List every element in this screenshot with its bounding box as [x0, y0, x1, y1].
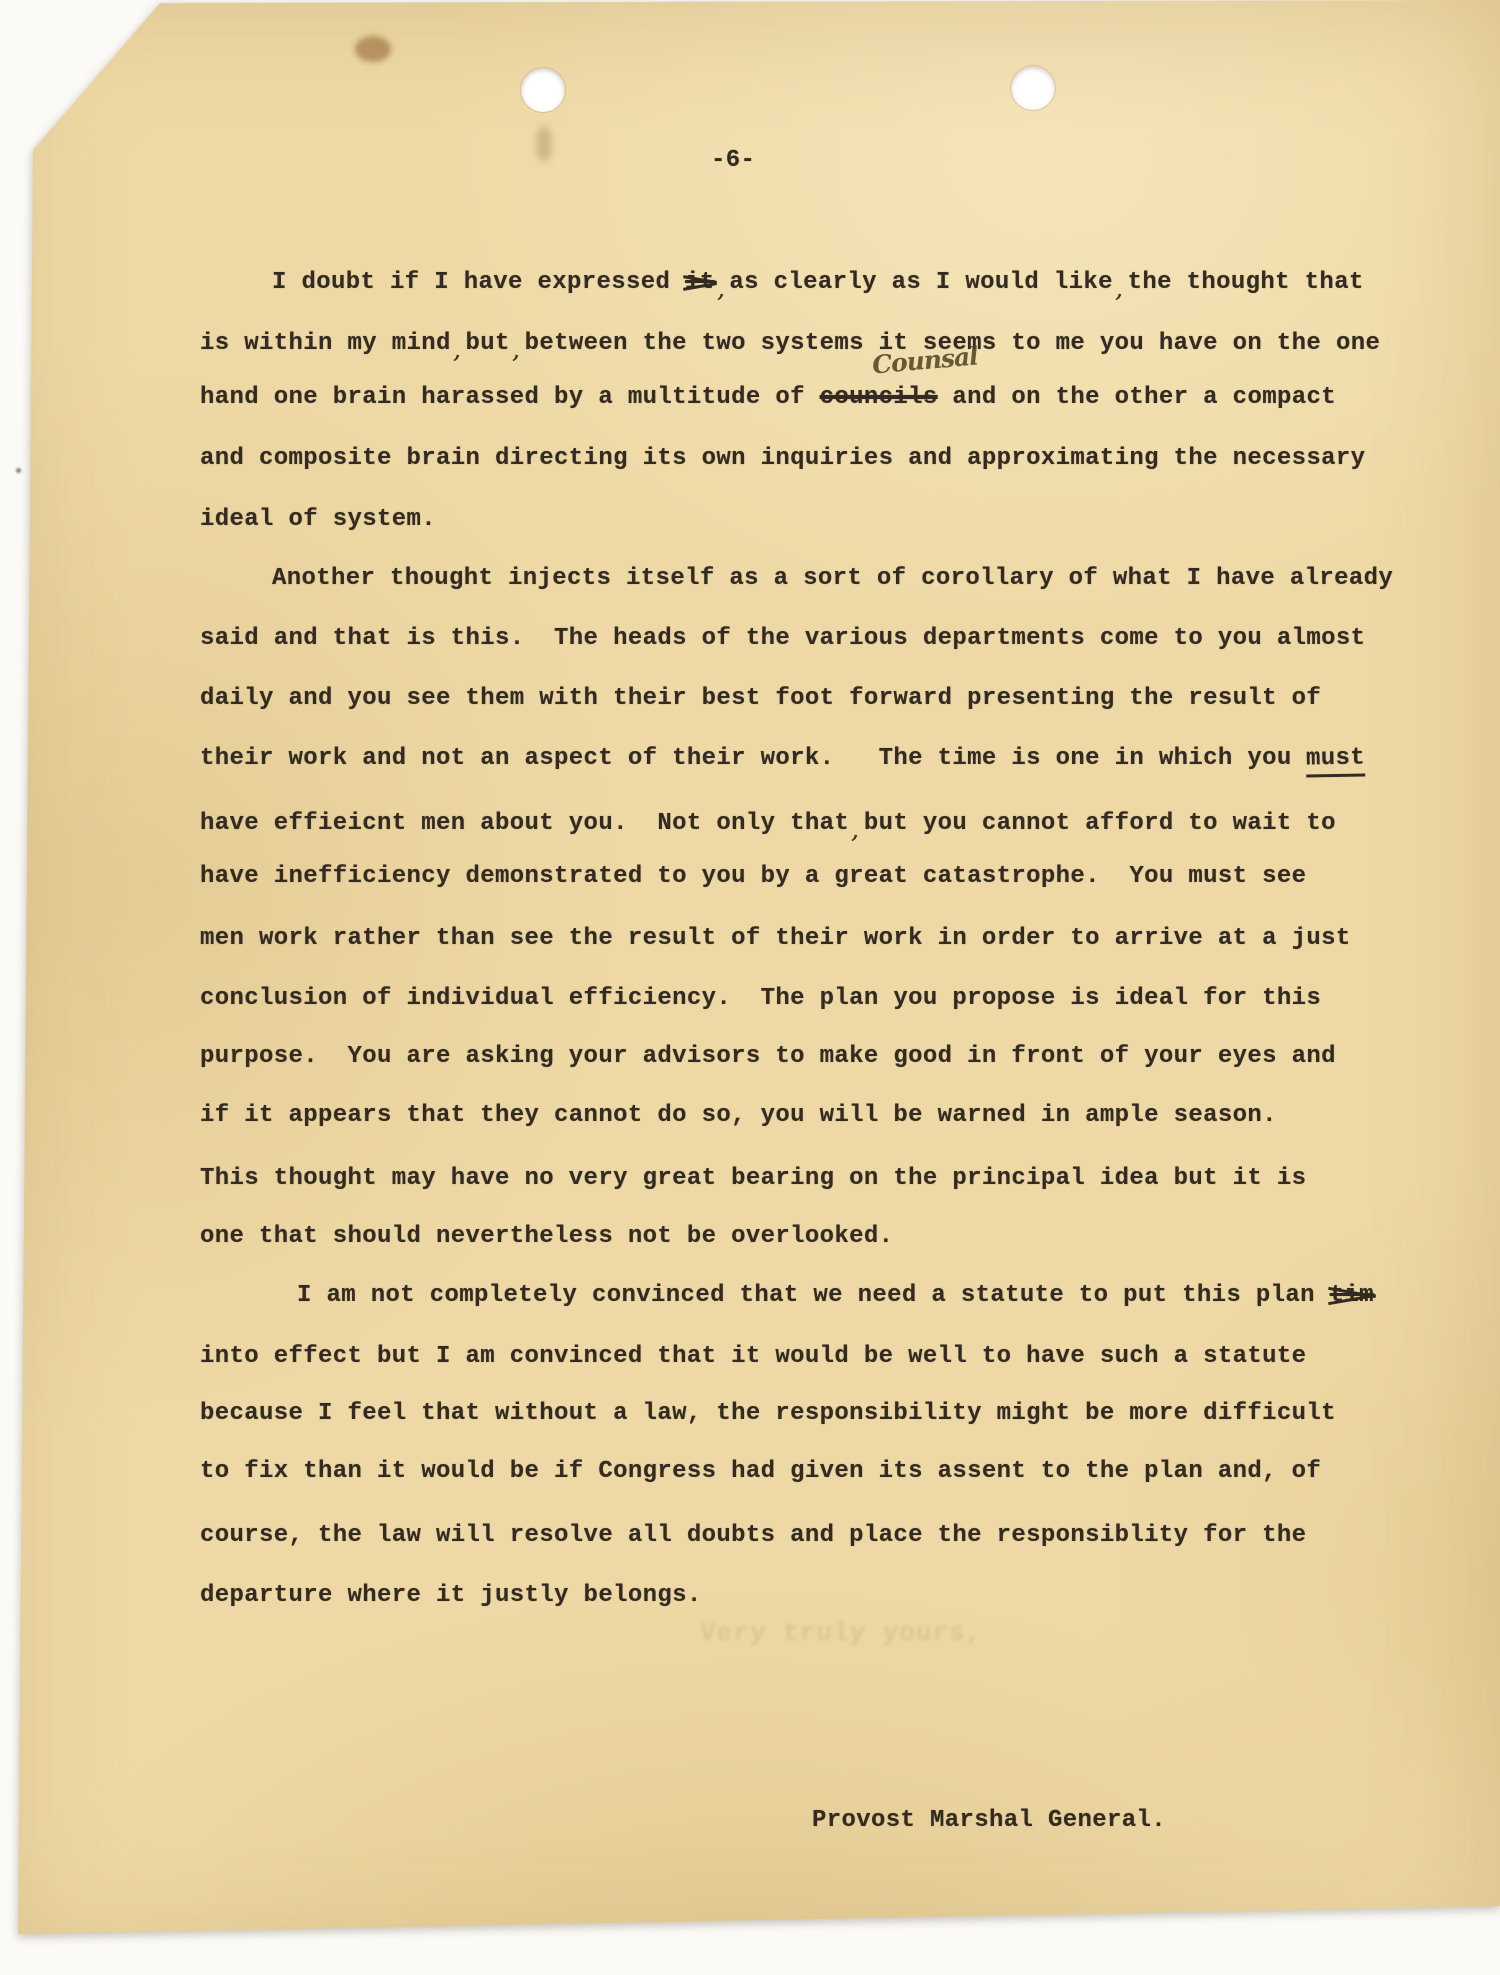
text-run: and composite brain directing its own in…: [200, 445, 1365, 472]
text-run: Another thought injects itself as a sort…: [272, 565, 1393, 592]
text-run: and on the other a compact: [938, 384, 1336, 411]
text-run: the thought that: [1128, 269, 1364, 296]
text-run: but: [466, 330, 510, 357]
document-line: because I feel that without a law, the r…: [200, 1399, 1336, 1429]
document-line: into effect but I am convinced that it w…: [200, 1342, 1306, 1372]
document-line: said and that is this. The heads of the …: [200, 624, 1365, 654]
handwritten-comma: ,: [713, 273, 732, 305]
text-run: I doubt if I have expressed: [272, 269, 685, 296]
text-run: is within my mind: [200, 330, 451, 357]
text-run: This thought may have no very great bear…: [200, 1165, 1306, 1192]
text-run: because I feel that without a law, the r…: [200, 1400, 1336, 1427]
text-run: purpose. You are asking your advisors to…: [200, 1043, 1336, 1070]
text-run: said and that is this. The heads of the …: [200, 625, 1365, 652]
text-run: if it appears that they cannot do so, yo…: [200, 1102, 1277, 1129]
text-run: into effect but I am convinced that it w…: [200, 1343, 1306, 1370]
text-run: departure where it justly belongs.: [200, 1582, 702, 1609]
document-line: one that should nevertheless not be over…: [200, 1222, 893, 1252]
document-line: ideal of system.: [200, 505, 436, 535]
text-run: men work rather than see the result of t…: [200, 925, 1351, 952]
ghost-text: Very truly yours,: [699, 1618, 983, 1648]
text-run: daily and you see them with their best f…: [200, 685, 1321, 712]
document-line: I am not completely convinced that we ne…: [297, 1281, 1374, 1311]
document-line: to fix than it would be if Congress had …: [200, 1457, 1321, 1487]
text-run: I am not completely convinced that we ne…: [297, 1282, 1330, 1309]
underlined-word: must: [1306, 743, 1366, 777]
document-line: have inefficiency demonstrated to you by…: [200, 862, 1306, 892]
document-line: departure where it justly belongs.: [200, 1581, 702, 1611]
struck-word: councils: [820, 384, 938, 411]
document-line: purpose. You are asking your advisors to…: [200, 1042, 1336, 1072]
signature-line: Provost Marshal General.: [812, 1806, 1166, 1836]
text-run: course, the law will resolve all doubts …: [200, 1522, 1306, 1549]
text-run: to fix than it would be if Congress had …: [200, 1458, 1321, 1485]
text-run: but you cannot afford to wait to: [864, 810, 1336, 837]
document-line: Another thought injects itself as a sort…: [272, 564, 1393, 594]
document-line: and composite brain directing its own in…: [200, 444, 1365, 474]
struck-word: tim: [1330, 1282, 1374, 1309]
document-line: This thought may have no very great bear…: [200, 1164, 1306, 1194]
document-line: daily and you see them with their best f…: [200, 684, 1321, 714]
text-run: have inefficiency demonstrated to you by…: [200, 863, 1306, 890]
text-run: one that should nevertheless not be over…: [200, 1223, 893, 1250]
document-line: hand one brain harassed by a multitude o…: [200, 383, 1336, 413]
handwritten-comma: ,: [847, 814, 866, 846]
text-run: have effieicnt men about you. Not only t…: [200, 810, 849, 837]
document-line: their work and not an aspect of their wo…: [200, 744, 1365, 777]
document-line: I doubt if I have expressed it,as clearl…: [272, 265, 1364, 298]
document-line: conclusion of individual efficiency. The…: [200, 984, 1321, 1014]
text-layer: I doubt if I have expressed it,as clearl…: [0, 0, 1500, 1975]
text-run: as clearly as I would like: [729, 269, 1113, 296]
document-line: course, the law will resolve all doubts …: [200, 1521, 1306, 1551]
text-run: hand one brain harassed by a multitude o…: [200, 384, 820, 411]
handwritten-comma: ,: [508, 334, 527, 366]
handwritten-comma: ,: [449, 334, 468, 366]
document-line: men work rather than see the result of t…: [200, 924, 1351, 954]
text-run: conclusion of individual efficiency. The…: [200, 985, 1321, 1012]
document-scan: -6- I doubt if I have expressed it,as cl…: [0, 0, 1500, 1975]
document-line: is within my mind,but,between the two sy…: [200, 326, 1380, 359]
text-run: ideal of system.: [200, 506, 436, 533]
struck-word: it: [685, 269, 715, 296]
text-run: their work and not an aspect of their wo…: [200, 745, 1306, 772]
handwritten-comma: ,: [1111, 273, 1130, 305]
document-line: if it appears that they cannot do so, yo…: [200, 1101, 1277, 1131]
document-line: have effieicnt men about you. Not only t…: [200, 806, 1336, 839]
